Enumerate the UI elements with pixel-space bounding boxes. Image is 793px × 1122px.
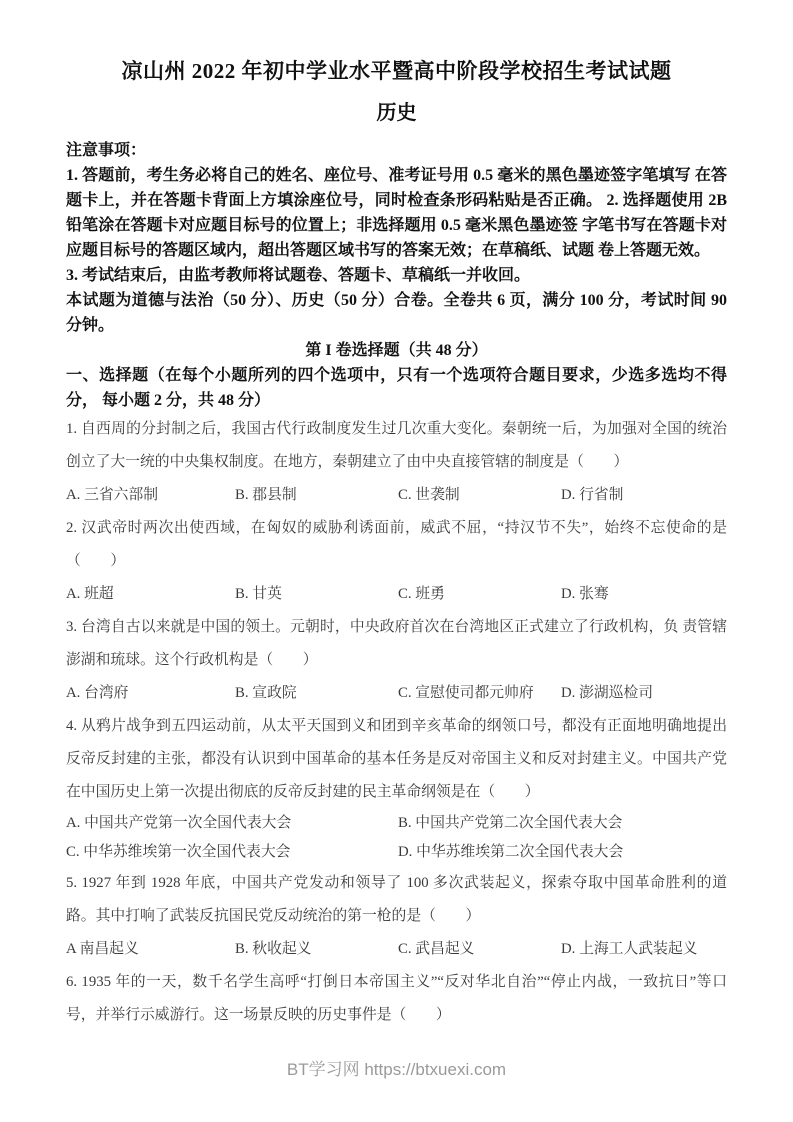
option-a: A 南昌起义 (66, 933, 235, 966)
exam-paper-page: 凉山州 2022 年初中学业水平暨高中阶段学校招生考试试题 历史 注意事项： 1… (0, 0, 793, 1122)
options-row: A. 三省六部制 B. 郡县制 C. 世袭制 D. 行省制 (66, 479, 727, 512)
page-title: 凉山州 2022 年初中学业水平暨高中阶段学校招生考试试题 (66, 56, 727, 86)
option-c: C. 中华苏维埃第一次全国代表大会 (66, 838, 398, 867)
option-b: B. 秋收起义 (235, 933, 398, 966)
question-5: 5. 1927 年到 1928 年底，中国共产党发动和领导了 100 多次武装起… (66, 867, 727, 966)
question-1: 1. 自西周的分封制之后，我国古代行政制度发生过几次重大变化。秦朝统一后，为加强… (66, 413, 727, 512)
question-text: 2. 汉武帝时两次出使西域，在匈奴的威胁利诱面前，威武不屈，“持汉节不失”，始终… (66, 512, 727, 578)
option-c: C. 世袭制 (398, 479, 561, 512)
option-d: D. 上海工人武装起义 (561, 933, 727, 966)
option-a: A. 三省六部制 (66, 479, 235, 512)
notice-paragraph-1: 1. 答题前，考生务必将自己的姓名、座位号、准考证号用 0.5 毫米的黑色墨迹签… (66, 163, 727, 263)
notice-section: 注意事项： 1. 答题前，考生务必将自己的姓名、座位号、准考证号用 0.5 毫米… (66, 138, 727, 338)
option-d: D. 中华苏维埃第二次全国代表大会 (398, 838, 727, 867)
options-row: A. 班超 B. 甘英 C. 班勇 D. 张骞 (66, 578, 727, 611)
options-grid: A. 中国共产党第一次全国代表大会 B. 中国共产党第二次全国代表大会 C. 中… (66, 809, 727, 867)
option-a: A. 台湾府 (66, 677, 235, 710)
options-row: A. 台湾府 B. 宣政院 C. 宣慰使司都元帅府 D. 澎湖巡检司 (66, 677, 727, 710)
option-b: B. 宣政院 (235, 677, 398, 710)
question-text: 1. 自西周的分封制之后，我国古代行政制度发生过几次重大变化。秦朝统一后，为加强… (66, 413, 727, 479)
question-4: 4. 从鸦片战争到五四运动前，从太平天国到义和团到辛亥革命的纲领口号，都没有正面… (66, 710, 727, 867)
options-row: A 南昌起义 B. 秋收起义 C. 武昌起义 D. 上海工人武装起义 (66, 933, 727, 966)
question-6: 6. 1935 年的一天，数千名学生高呼“打倒日本帝国主义”“反对华北自治”“停… (66, 966, 727, 1032)
option-b: B. 甘英 (235, 578, 398, 611)
watermark-footer: BT学习网 https://btxuexi.com (0, 1058, 793, 1082)
question-text: 3. 台湾自古以来就是中国的领土。元朝时，中央政府首次在台湾地区正式建立了行政机… (66, 611, 727, 677)
section-1-intro: 一、选择题（在每个小题所列的四个选项中，只有一个选项符合题目要求，少选多选均不得… (66, 363, 727, 413)
section-1-heading: 第 I 卷选择题（共 48 分） (66, 338, 727, 363)
question-text: 5. 1927 年到 1928 年底，中国共产党发动和领导了 100 多次武装起… (66, 867, 727, 933)
option-c: C. 班勇 (398, 578, 561, 611)
question-2: 2. 汉武帝时两次出使西域，在匈奴的威胁利诱面前，威武不屈，“持汉节不失”，始终… (66, 512, 727, 611)
question-text: 6. 1935 年的一天，数千名学生高呼“打倒日本帝国主义”“反对华北自治”“停… (66, 966, 727, 1032)
option-d: D. 行省制 (561, 479, 727, 512)
notice-paragraph-2: 3. 考试结束后，由监考教师将试题卷、答题卡、草稿纸一并收回。 (66, 263, 727, 288)
notice-paragraph-3: 本试题为道德与法治（50 分）、历史（50 分）合卷。全卷共 6 页，满分 10… (66, 288, 727, 338)
option-a: A. 班超 (66, 578, 235, 611)
option-c: C. 宣慰使司都元帅府 (398, 677, 561, 710)
question-text: 4. 从鸦片战争到五四运动前，从太平天国到义和团到辛亥革命的纲领口号，都没有正面… (66, 710, 727, 809)
question-3: 3. 台湾自古以来就是中国的领土。元朝时，中央政府首次在台湾地区正式建立了行政机… (66, 611, 727, 710)
subject-title: 历史 (66, 98, 727, 128)
option-b: B. 中国共产党第二次全国代表大会 (398, 809, 727, 838)
option-c: C. 武昌起义 (398, 933, 561, 966)
notice-heading: 注意事项： (66, 138, 727, 163)
option-b: B. 郡县制 (235, 479, 398, 512)
option-a: A. 中国共产党第一次全国代表大会 (66, 809, 398, 838)
questions-list: 1. 自西周的分封制之后，我国古代行政制度发生过几次重大变化。秦朝统一后，为加强… (66, 413, 727, 1032)
option-d: D. 张骞 (561, 578, 727, 611)
option-d: D. 澎湖巡检司 (561, 677, 727, 710)
